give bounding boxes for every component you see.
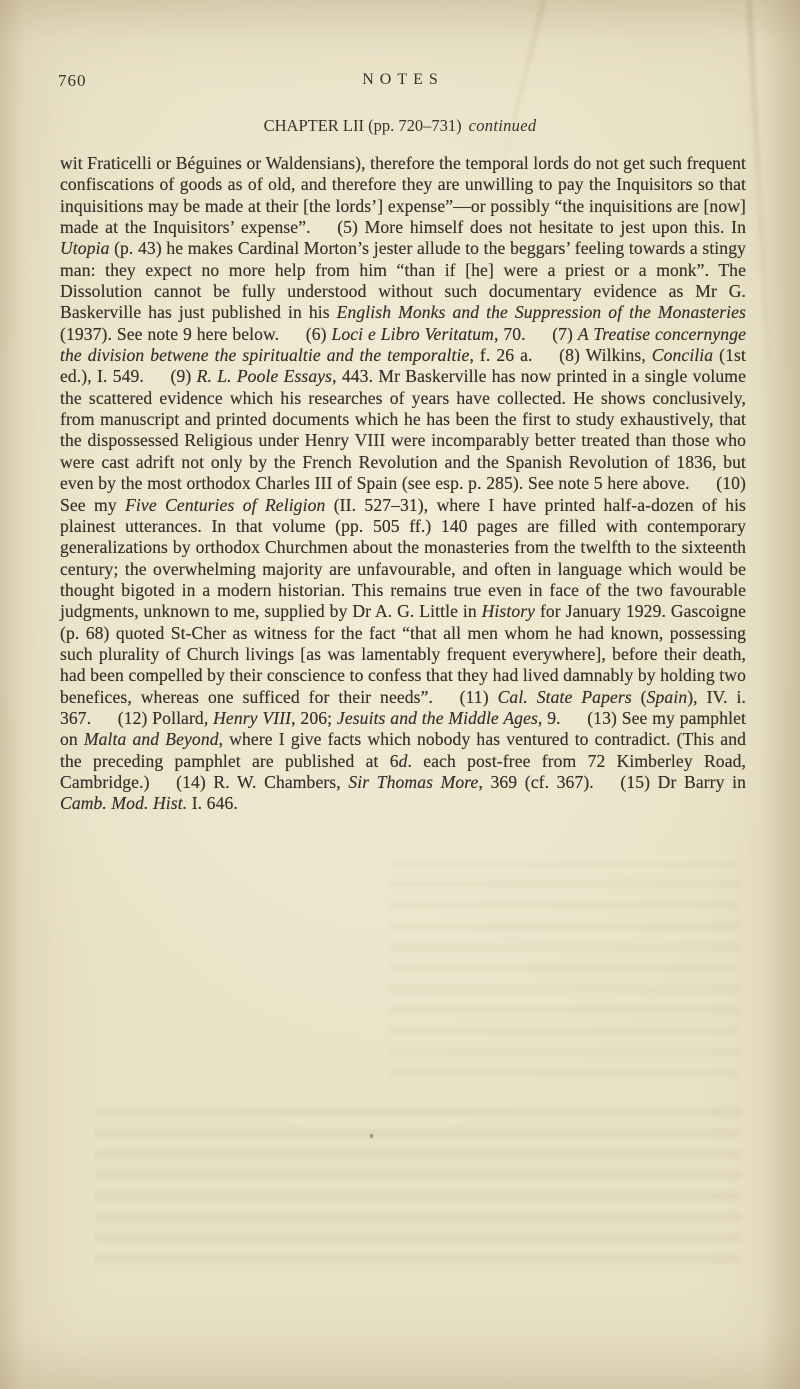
book-page: 760 NOTES CHAPTER LII (pp. 720–731)conti… — [0, 0, 800, 1389]
running-head: NOTES — [0, 71, 800, 89]
page-bleedthrough-texture — [95, 1103, 740, 1263]
chapter-heading-continued: continued — [469, 116, 537, 135]
chapter-heading-main: CHAPTER LII (pp. 720–731) — [264, 116, 462, 135]
ink-speck — [370, 1134, 373, 1138]
paper-crease — [747, 0, 773, 420]
note-paragraph: wit Fraticelli or Béguines or Waldensian… — [60, 153, 746, 815]
chapter-heading: CHAPTER LII (pp. 720–731)continued — [0, 116, 800, 136]
page-bleedthrough-texture — [390, 862, 740, 1077]
